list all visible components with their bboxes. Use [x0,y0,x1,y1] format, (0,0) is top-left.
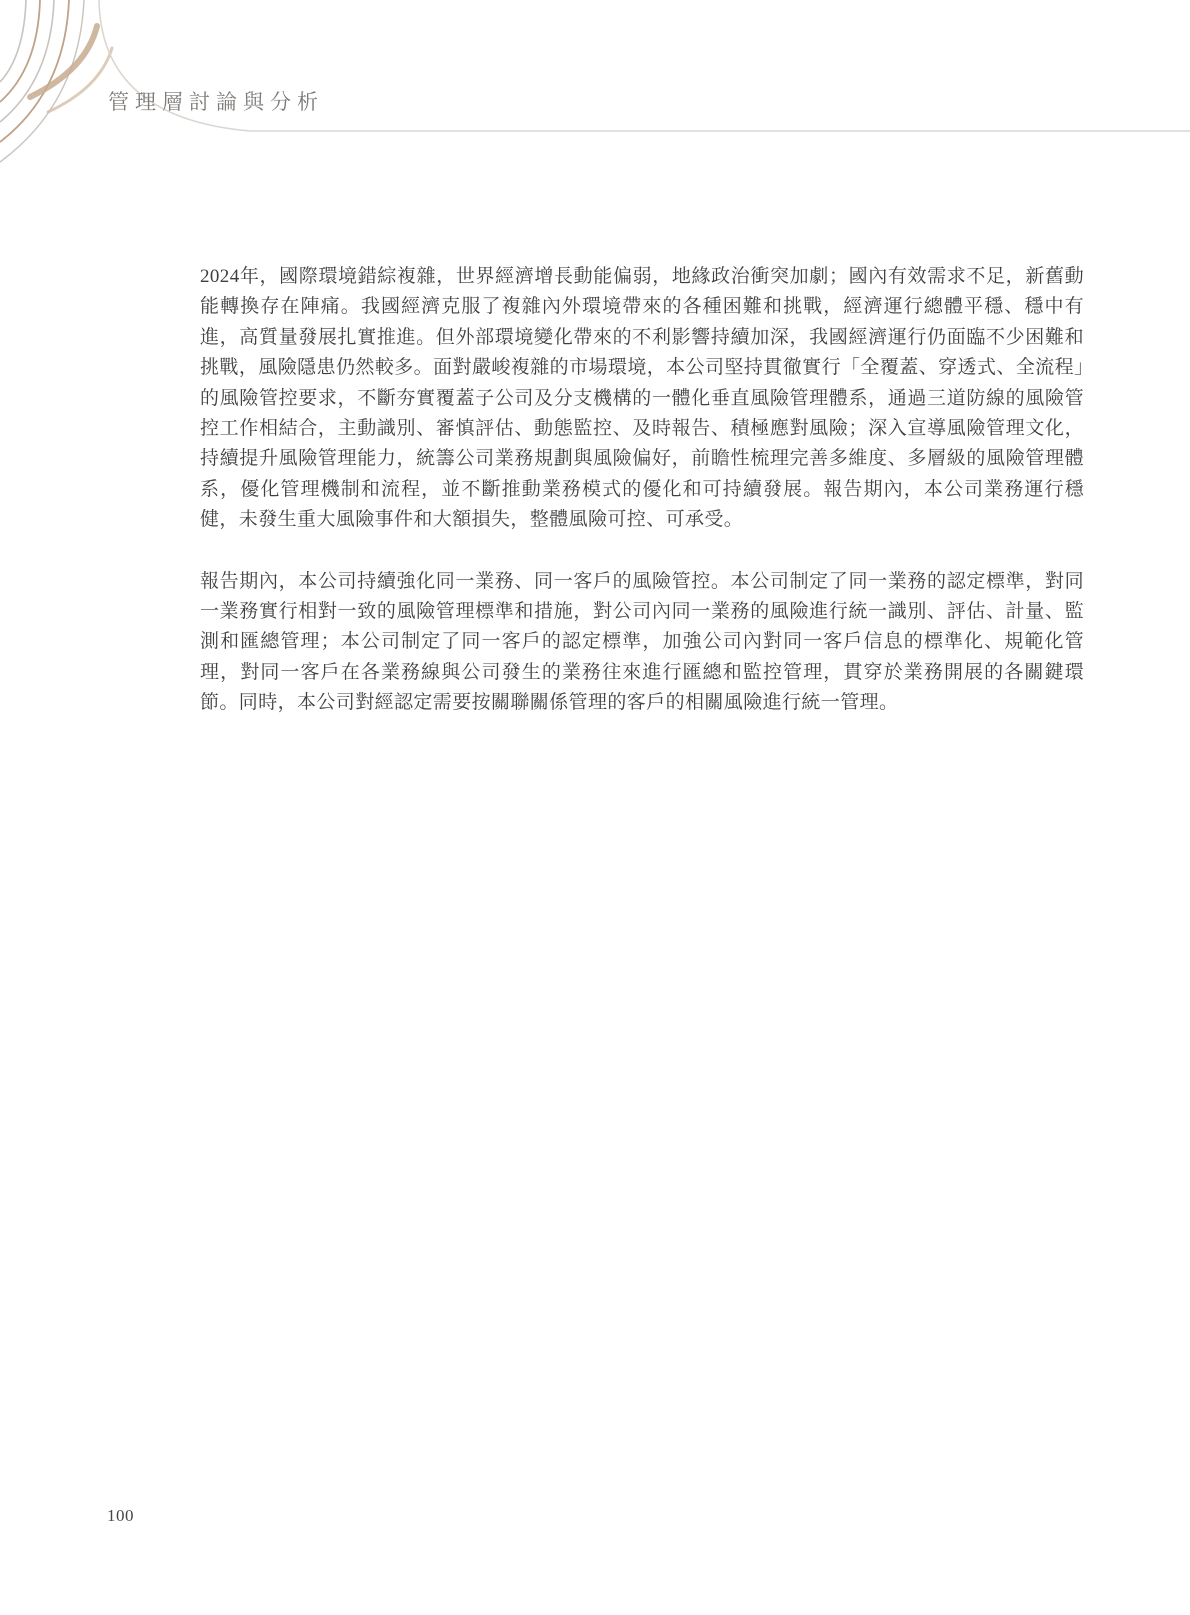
paragraph-same-business-customer: 報告期內，本公司持續強化同一業務、同一客戶的風險管控。本公司制定了同一業務的認定… [200,567,1084,719]
corner-arcs-ornament [0,0,1190,170]
page-number: 100 [107,1506,134,1526]
paragraph-risk-overview: 2024年，國際環境錯綜複雜，世界經濟增長動能偏弱，地緣政治衝突加劇；國內有效需… [200,262,1084,536]
page-title: 管理層討論與分析 [108,86,324,116]
body-text-block: 2024年，國際環境錯綜複雜，世界經濟增長動能偏弱，地緣政治衝突加劇；國內有效需… [200,262,1084,750]
document-page: 管理層討論與分析 2024年，國際環境錯綜複雜，世界經濟增長動能偏弱，地緣政治衝… [0,0,1190,1615]
